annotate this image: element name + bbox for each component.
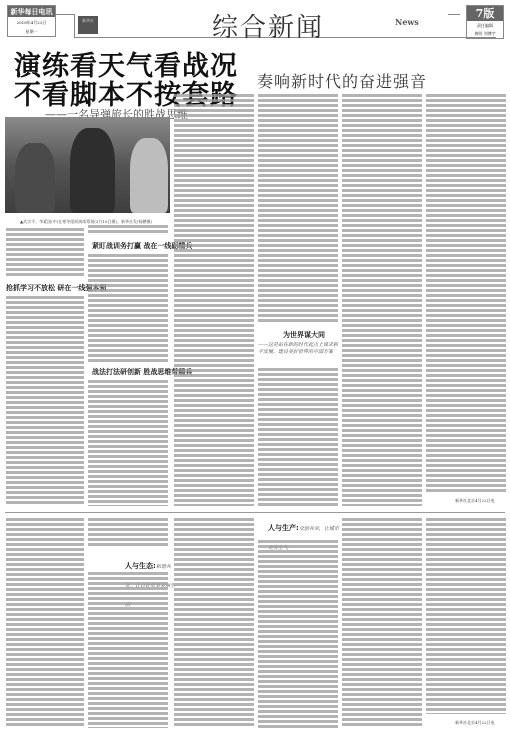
masthead-box: 新华每日电讯 2018年4月23日 星期一 [7,5,56,37]
news-logo-icon: News [395,17,419,31]
page-number: 7版 [467,6,503,21]
issue-date: 2018年4月23日 [8,20,55,26]
article-3-body [258,540,338,728]
editor-names: 黄明 刘博宇 [467,31,503,37]
article-2-headline: 奏响新时代的奋进强音 [257,69,427,92]
article-2-subhead-italic: ——这是站在新的时代起点上谋求和平发展、建设美好世界的中国方案 [258,342,338,356]
article-3-body [88,572,168,728]
article-3-body [426,518,506,714]
section-divider [5,512,505,513]
editor-label: 责任编辑 [467,23,503,29]
article-1-body [88,225,168,235]
article-1-photo [5,117,170,213]
article-2-body [258,368,338,506]
app-logo-icon: 新华社 [78,16,98,34]
article-2-body [258,94,338,324]
article-1-body [88,254,168,362]
section-title: 综合新闻 [212,7,324,44]
article-1-body [6,296,84,506]
article-3-body [174,518,254,728]
article-2-body [426,94,506,494]
article-2-body [174,94,254,506]
masthead-rule [56,14,74,15]
page-number-box: 7版 责任编辑 黄明 刘博宇 [466,5,504,39]
article-3-body [342,518,422,728]
article-3-body [6,518,84,728]
article-3-body [88,518,168,548]
article-1-body [88,380,168,506]
paper-name: 新华每日电讯 [8,6,55,17]
article-1-body [6,228,84,278]
article-2-subhead: 为世界谋大同 [283,330,325,340]
article-3-signoff: 新华社北京4月22日电 [455,720,495,726]
masthead-rule [448,14,460,15]
masthead-rule [74,14,75,37]
issue-weekday: 星期一 [8,29,55,35]
article-2-signoff: 新华社北京4月22日电 [455,498,495,504]
article-2-body [342,94,422,506]
